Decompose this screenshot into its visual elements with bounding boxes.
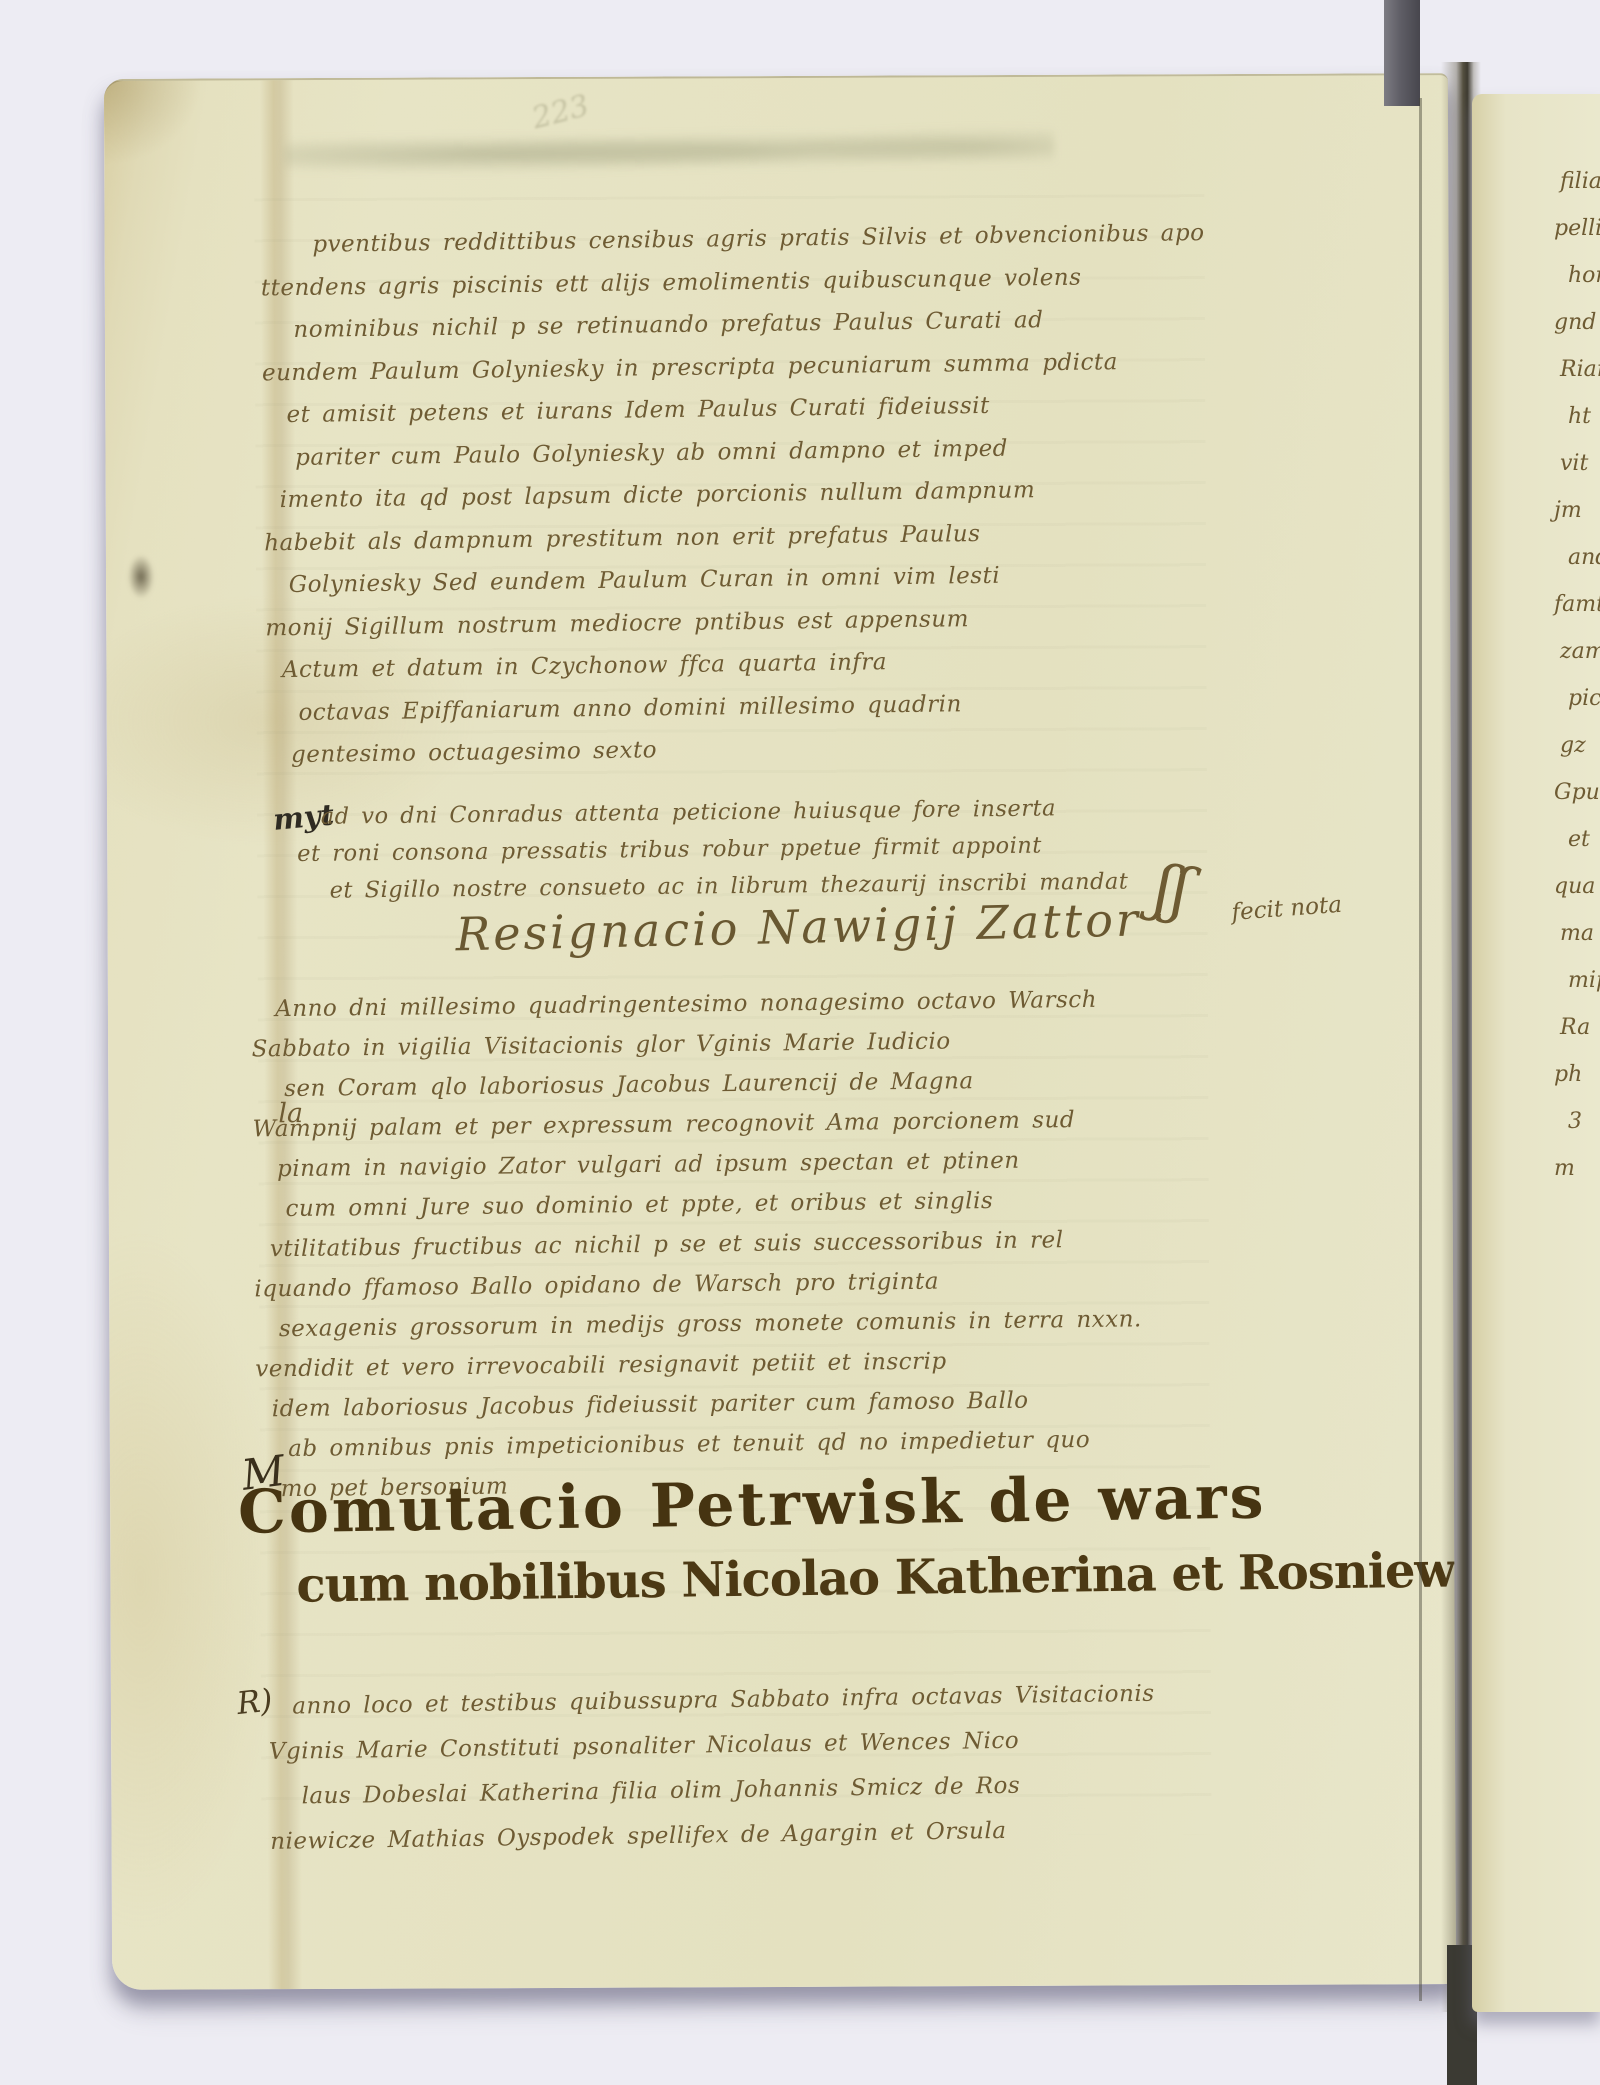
- section-heading-comutacio-line1: Comutacio Petrwisk de wars: [238, 1463, 1267, 1548]
- manuscript-line-fragment: ht: [1568, 393, 1600, 440]
- section-heading-comutacio-line2: cum nobilibus Nicolao Katherina et Rosni…: [296, 1541, 1456, 1614]
- manuscript-line-fragment: vit: [1560, 440, 1600, 487]
- heading-side-note: fecit nota: [1231, 892, 1343, 926]
- paragraph-addendum: ad vo dni Conradus attenta peticione hui…: [297, 790, 1129, 910]
- manuscript-line-fragment: m: [1554, 1145, 1600, 1192]
- manuscript-line-fragment: and: [1568, 534, 1600, 581]
- margin-note-la: la: [278, 1098, 303, 1129]
- manuscript-line-fragment: 3: [1568, 1098, 1600, 1145]
- paragraph-2: Anno dni millesimo quadringentesimo nona…: [251, 979, 1144, 1509]
- manuscript-line-fragment: zam: [1560, 628, 1600, 675]
- binding-cord-line: [1419, 98, 1422, 2001]
- pen-flourish: ʃʃ: [1150, 850, 1194, 927]
- manuscript-line-fragment: Ra: [1560, 1004, 1600, 1051]
- ink-blot-stain: [128, 555, 154, 599]
- manuscript-line-fragment: ma: [1560, 910, 1600, 957]
- manuscript-line-fragment: mip: [1568, 957, 1600, 1004]
- manuscript-line-fragment: pellig: [1554, 205, 1600, 252]
- paragraph-1: pventibus reddittibus censibus agris pra…: [260, 212, 1211, 777]
- manuscript-line-fragment: ph: [1554, 1051, 1600, 1098]
- manuscript-photo-scene: 223 pventibus reddittibus censibus agris…: [0, 0, 1600, 2085]
- manuscript-line-fragment: qua: [1554, 863, 1600, 910]
- paragraph-3: anno loco et testibus quibussupra Sabbat…: [268, 1672, 1157, 1865]
- manuscript-line-fragment: famt: [1554, 581, 1600, 628]
- book-clamp-bar: [1384, 0, 1420, 106]
- manuscript-line-fragment: jm: [1554, 487, 1600, 534]
- manuscript-line-fragment: hon: [1568, 252, 1600, 299]
- manuscript-line-fragment: gnd: [1554, 299, 1600, 346]
- right-page-line-fragments: filiapellighongndRiamhtvitjmandfamtzampi…: [1554, 158, 1600, 1192]
- manuscript-line-fragment: Riam: [1560, 346, 1600, 393]
- ghost-text-band: [284, 117, 1054, 184]
- manuscript-line-fragment: et: [1568, 816, 1600, 863]
- manuscript-line-fragment: gz: [1560, 722, 1600, 769]
- manuscript-left-page: 223 pventibus reddittibus censibus agris…: [104, 73, 1456, 1990]
- manuscript-line-fragment: filia: [1560, 158, 1600, 205]
- manuscript-line-fragment: Gput: [1554, 769, 1600, 816]
- manuscript-right-page-sliver: filiapellighongndRiamhtvitjmandfamtzampi…: [1472, 94, 1600, 2012]
- manuscript-line-fragment: picto: [1568, 675, 1600, 722]
